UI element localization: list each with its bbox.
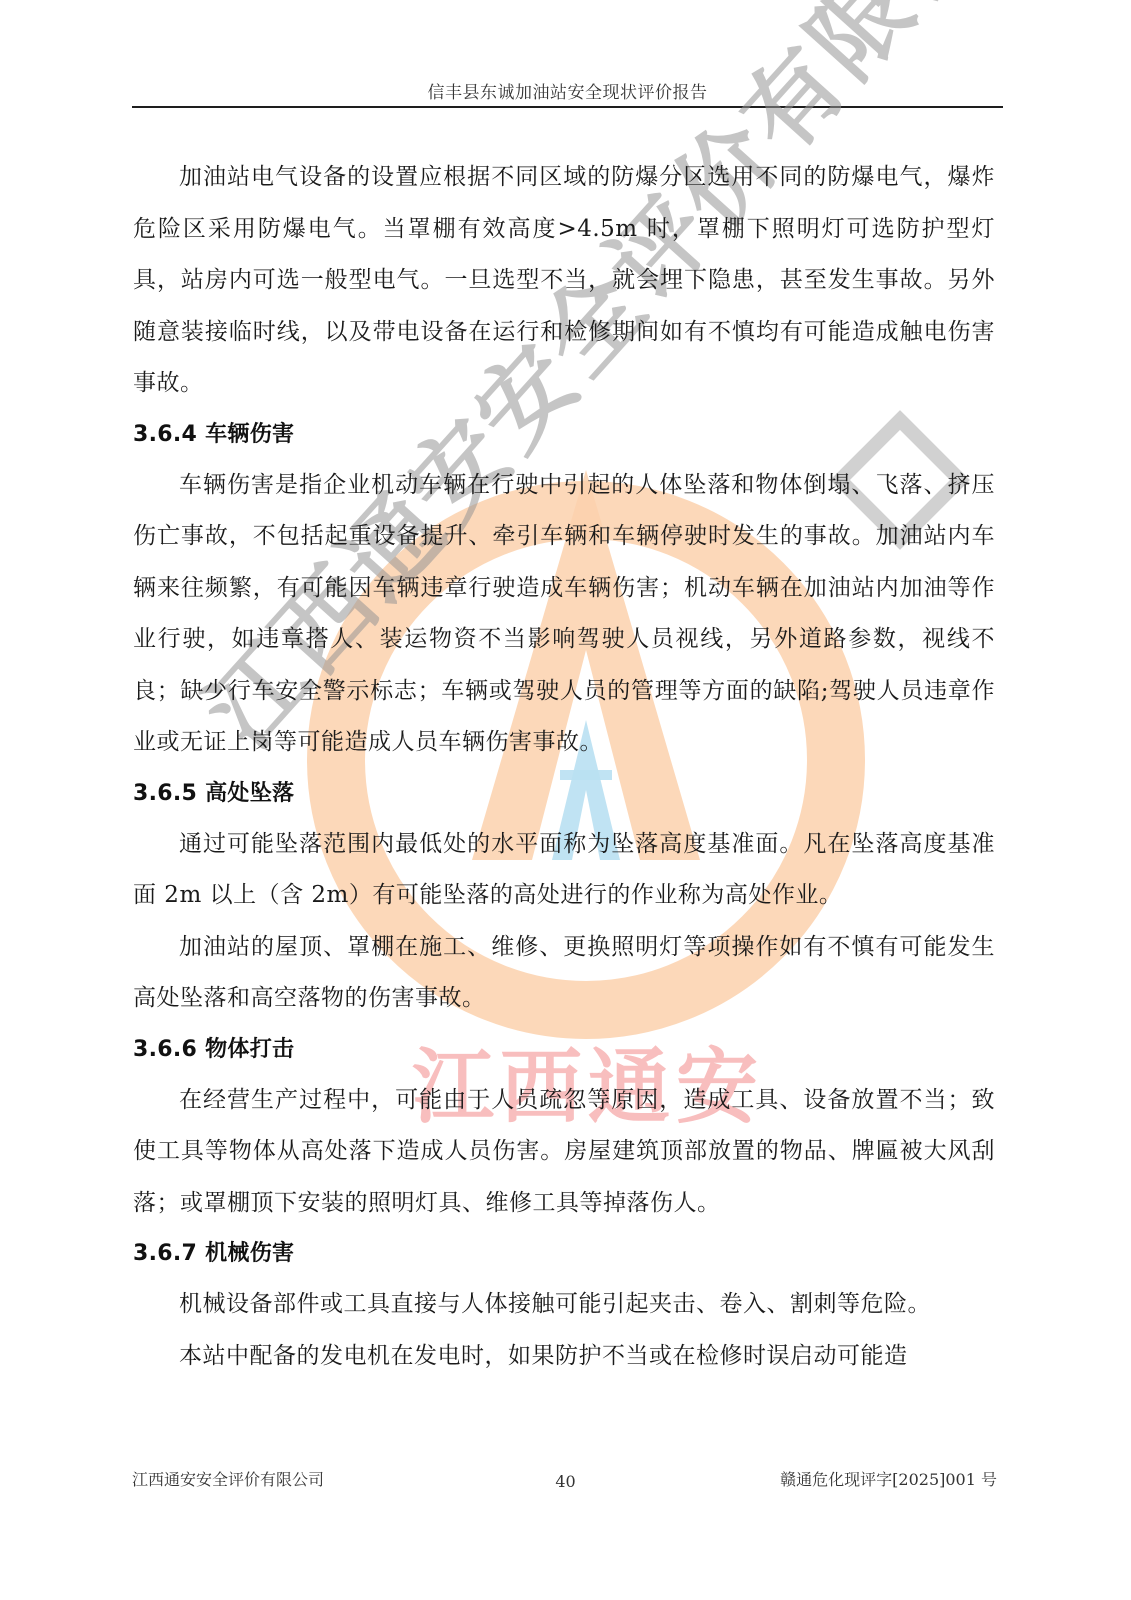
footer-report-id: 赣通危化现评字[2025]001 号 [780,1467,997,1490]
section-paragraph: 本站中配备的发电机在发电时，如果防护不当或在检修时误启动可能造 [133,1331,995,1383]
document-page: 信丰县东诚加油站安全现状评价报告 江西通安安全评价有限公司 江西通安 加油站电气… [0,0,1131,1600]
section-heading-3-6-6: 3.6.6 物体打击 [133,1025,995,1075]
section-paragraph: 通过可能坠落范围内最低处的水平面称为坠落高度基准面。凡在坠落高度基准面 2m 以… [133,819,995,922]
running-header: 信丰县东诚加油站安全现状评价报告 [132,78,1003,103]
page-content: 加油站电气设备的设置应根据不同区域的防爆分区选用不同的防爆电气，爆炸危险区采用防… [133,152,995,1382]
section-paragraph: 机械设备部件或工具直接与人体接触可能引起夹击、卷入、割刺等危险。 [133,1279,995,1331]
section-heading-3-6-4: 3.6.4 车辆伤害 [133,410,995,460]
section-paragraph: 在经营生产过程中，可能由于人员疏忽等原因，造成工具、设备放置不当；致使工具等物体… [133,1075,995,1230]
section-paragraph: 加油站的屋顶、罩棚在施工、维修、更换照明灯等项操作如有不慎有可能发生高处坠落和高… [133,922,995,1025]
section-heading-3-6-5: 3.6.5 高处坠落 [133,769,995,819]
section-paragraph: 车辆伤害是指企业机动车辆在行驶中引起的人体坠落和物体倒塌、飞落、挤压伤亡事故，不… [133,460,995,769]
section-heading-3-6-7: 3.6.7 机械伤害 [133,1229,995,1279]
intro-paragraph: 加油站电气设备的设置应根据不同区域的防爆分区选用不同的防爆电气，爆炸危险区采用防… [133,152,995,410]
header-rule [132,106,1003,108]
